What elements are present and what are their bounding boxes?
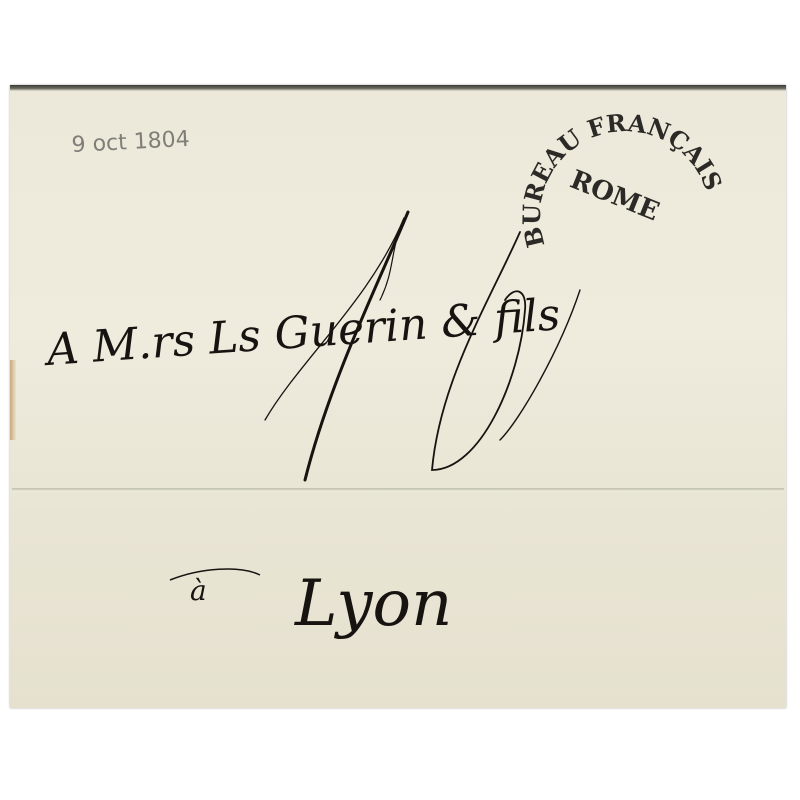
postmark-arc-text: BUREAU FRANÇAIS — [517, 108, 728, 251]
postmark-city: ROME — [566, 165, 663, 228]
letter-ink-layer: 9 oct 1804 BUREAU FRANÇAIS ROME A M.rs L… — [0, 0, 800, 800]
prefix-flourish — [170, 569, 260, 580]
address-prefix: à — [190, 574, 207, 607]
address-line-recipient: A M.rs Ls Guerin & fils — [41, 289, 562, 376]
address-city: Lyon — [294, 567, 452, 641]
pencil-date-note: 9 oct 1804 — [71, 127, 190, 158]
postmark-stamp: BUREAU FRANÇAIS ROME — [517, 108, 728, 251]
